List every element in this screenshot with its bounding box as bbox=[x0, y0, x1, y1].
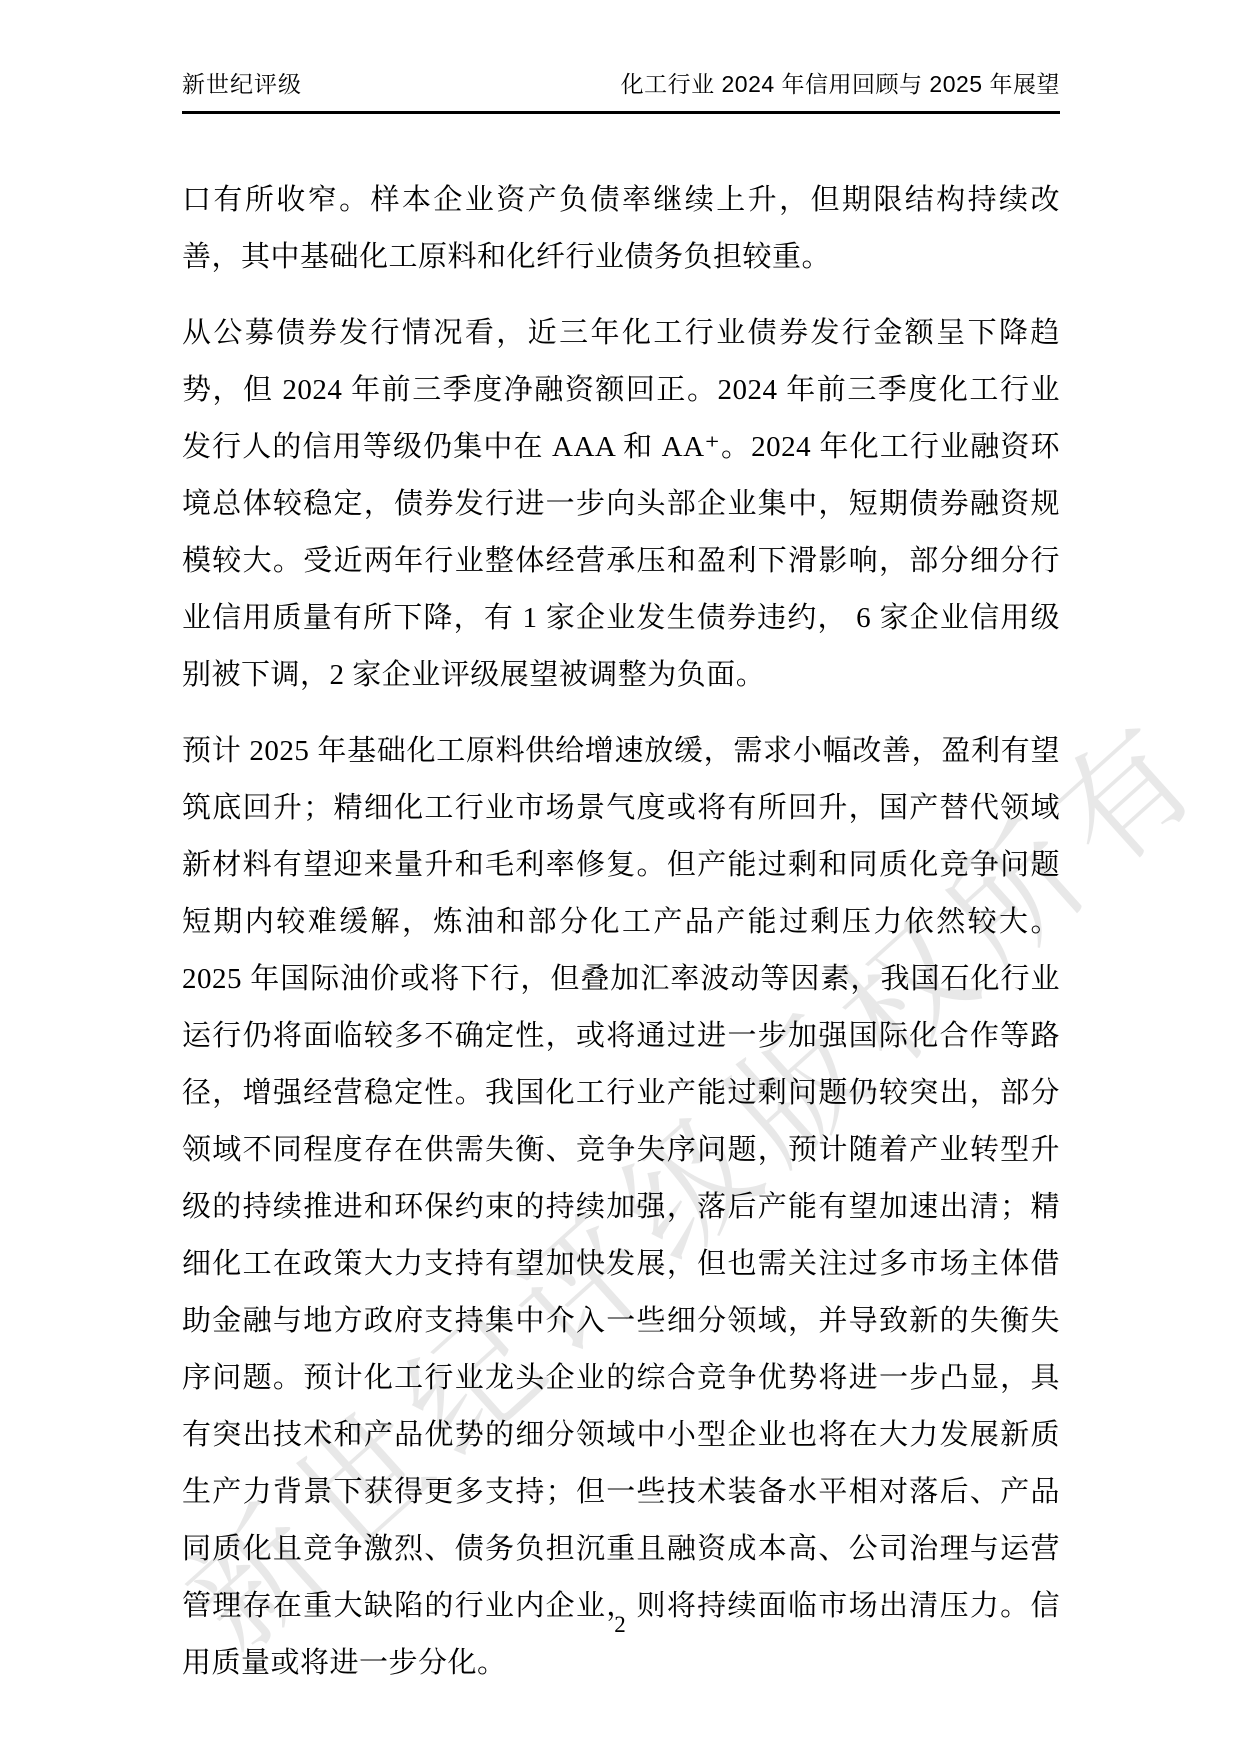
document-page: 新世纪评级版权所有 新世纪评级 化工行业 2024 年信用回顾与 2025 年展… bbox=[0, 0, 1240, 1754]
paragraph-3: 预计 2025 年基础化工原料供给增速放缓，需求小幅改善，盈利有望筑底回升；精细… bbox=[182, 723, 1060, 1692]
page-header: 新世纪评级 化工行业 2024 年信用回顾与 2025 年展望 bbox=[182, 66, 1060, 114]
body-text: 口有所收窄。样本企业资产负债率继续上升，但期限结构持续改善，其中基础化工原料和化… bbox=[182, 172, 1060, 1711]
document-title: 化工行业 2024 年信用回顾与 2025 年展望 bbox=[621, 66, 1060, 99]
paragraph-2: 从公募债券发行情况看，近三年化工行业债券发行金额呈下降趋势，但 2024 年前三… bbox=[182, 305, 1060, 704]
page-footer: 2 bbox=[0, 1612, 1240, 1638]
paragraph-1: 口有所收窄。样本企业资产负债率继续上升，但期限结构持续改善，其中基础化工原料和化… bbox=[182, 172, 1060, 286]
brand-name: 新世纪评级 bbox=[182, 66, 302, 99]
page-number: 2 bbox=[614, 1612, 626, 1637]
